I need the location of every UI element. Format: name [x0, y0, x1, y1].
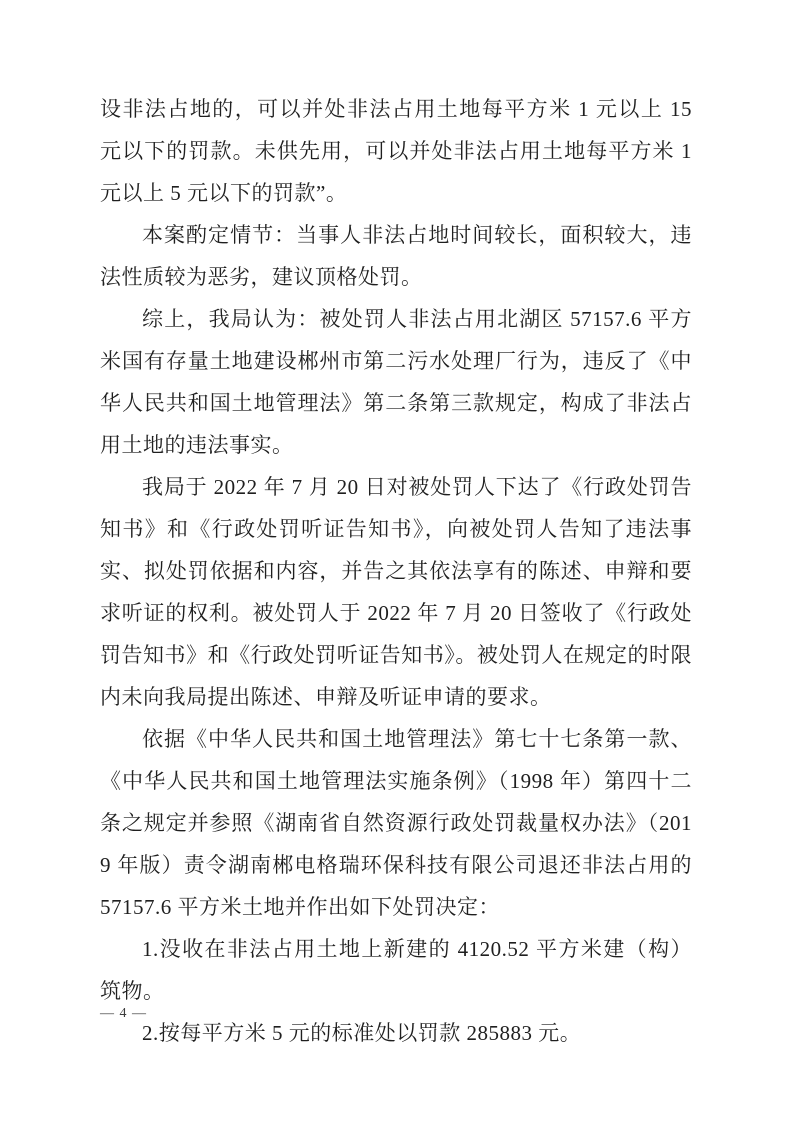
body-paragraph: 本案酌定情节：当事人非法占地时间较长，面积较大，违法性质较为恶劣，建议顶格处罚。 — [100, 214, 692, 298]
body-paragraph: 依据《中华人民共和国土地管理法》第七十七条第一款、《中华人民共和国土地管理法实施… — [100, 718, 692, 928]
document-body: 设非法占地的，可以并处非法占用土地每平方米 1 元以上 15 元以下的罚款。未供… — [100, 88, 692, 1054]
body-paragraph: 我局于 2022 年 7 月 20 日对被处罚人下达了《行政处罚告知书》和《行政… — [100, 466, 692, 718]
body-paragraph penalty-item-1: 1.没收在非法占用土地上新建的 4120.52 平方米建（构）筑物。 — [100, 928, 692, 1012]
document-page: 设非法占地的，可以并处非法占用土地每平方米 1 元以上 15 元以下的罚款。未供… — [0, 0, 793, 1122]
body-paragraph: 综上，我局认为：被处罚人非法占用北湖区 57157.6 平方米国有存量土地建设郴… — [100, 298, 692, 466]
body-paragraph: 设非法占地的，可以并处非法占用土地每平方米 1 元以上 15 元以下的罚款。未供… — [100, 88, 692, 214]
page-number: — 4 — — [100, 1006, 147, 1021]
page-footer: — 4 — — [100, 1004, 147, 1024]
body-paragraph penalty-item-2: 2.按每平方米 5 元的标准处以罚款 285883 元。 — [100, 1012, 692, 1054]
